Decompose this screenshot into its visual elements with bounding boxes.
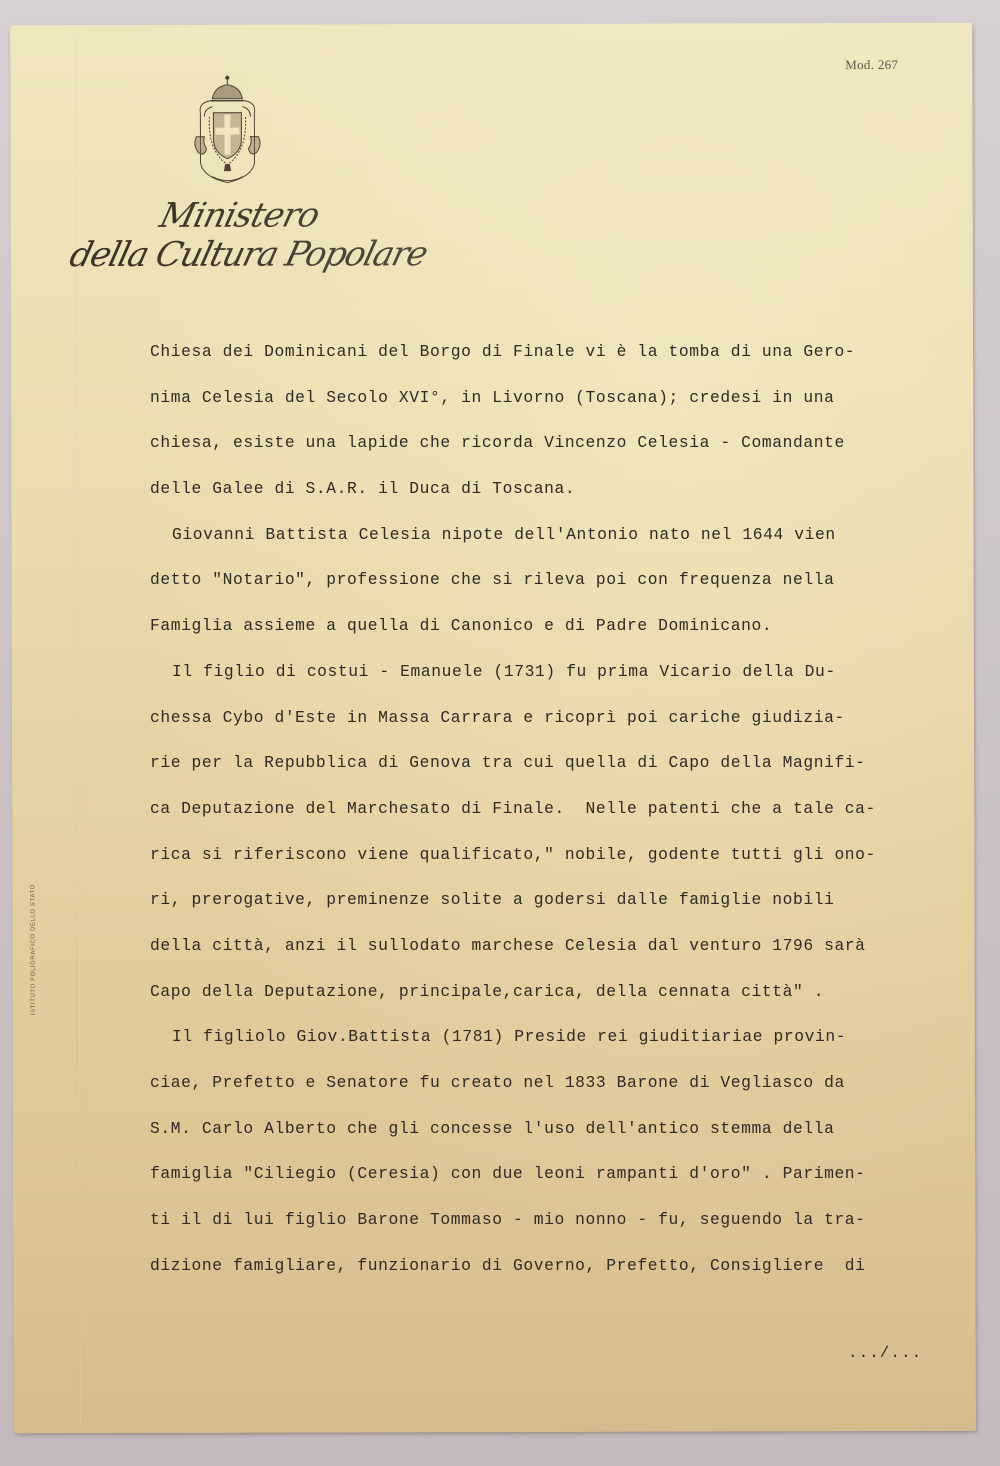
text-line: ri, prerogative, preminenze solite a god…	[150, 882, 980, 928]
text-line: ciae, Prefetto e Senatore fu creato nel …	[150, 1065, 980, 1111]
text-line: chiesa, esiste una lapide che ricorda Vi…	[150, 425, 980, 471]
page-continuation-mark: .../...	[848, 1344, 922, 1362]
text-line: nima Celesia del Secolo XVI°, in Livorno…	[150, 380, 980, 426]
text-line: rie per la Repubblica di Genova tra cui …	[150, 745, 980, 791]
text-line: ti il di lui figlio Barone Tommaso - mio…	[150, 1202, 980, 1248]
ministry-title-line2: della Cultura Popolare	[66, 234, 436, 275]
text-line: della città, anzi il sullodato marchese …	[150, 928, 980, 974]
paragraph-first-line: Il figliolo Giov.Battista (1781) Preside…	[150, 1019, 980, 1065]
text-line: Chiesa dei Dominicani del Borgo di Final…	[150, 334, 980, 380]
savoy-crest-icon	[182, 73, 272, 193]
printer-imprint: ISTITUTO POLIGRAFICO DELLO STATO	[30, 885, 36, 1015]
ministry-title-line1: Ministero	[156, 196, 435, 235]
typed-letter-body: Chiesa dei Dominicani del Borgo di Final…	[150, 334, 980, 1293]
text-line: dizione famigliare, funzionario di Gover…	[150, 1248, 980, 1294]
form-number: Mod. 267	[845, 57, 898, 73]
paragraph-first-line: Il figlio di costui - Emanuele (1731) fu…	[150, 654, 980, 700]
ministry-letterhead: Ministero della Cultura Popolare	[71, 196, 431, 275]
text-line: chessa Cybo d'Este in Massa Carrara e ri…	[150, 700, 980, 746]
text-line: Famiglia assieme a quella di Canonico e …	[150, 608, 980, 654]
text-line: ca Deputazione del Marchesato di Finale.…	[150, 791, 980, 837]
text-line: rica si riferiscono viene qualificato," …	[150, 837, 980, 883]
paragraph-first-line: Giovanni Battista Celesia nipote dell'An…	[150, 517, 980, 563]
text-line: Capo della Deputazione, principale,caric…	[150, 974, 980, 1020]
text-line: S.M. Carlo Alberto che gli concesse l'us…	[150, 1111, 980, 1157]
text-line: detto "Notario", professione che si rile…	[150, 562, 980, 608]
text-line: delle Galee di S.A.R. il Duca di Toscana…	[150, 471, 980, 517]
text-line: famiglia "Ciliegio (Ceresia) con due leo…	[150, 1156, 980, 1202]
